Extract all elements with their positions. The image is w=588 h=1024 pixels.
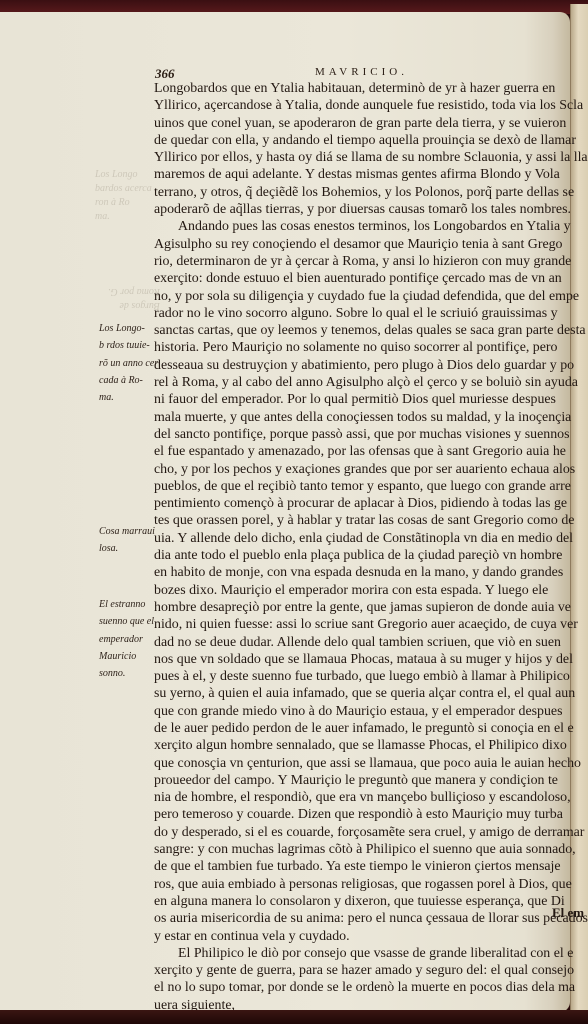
- text-line: El Philipico le diò por consejo que vsas…: [154, 945, 584, 962]
- text-line: tes que orassen porel, y à hablar y trat…: [154, 512, 584, 529]
- show-through-note: Burgos de Roma por G.: [108, 284, 160, 312]
- text-line: en alguna manera lo consolaron y dixeron…: [154, 893, 584, 910]
- text-line: xerçito y gente de guerra, para se hazer…: [154, 962, 584, 979]
- text-line: do y desperado, si el es couarde, forços…: [154, 824, 584, 841]
- text-line: Yllirico por ellos, y hasta oy diá se ll…: [154, 149, 584, 166]
- text-line: nido, ni quien fuesse: assi lo scriue sa…: [154, 616, 584, 633]
- text-line: de que el tambien fue turbado. Ya este t…: [154, 858, 584, 875]
- marginal-note-estranno-suenno: El estranno suenno que el emperador Maur…: [99, 596, 169, 682]
- text-line: historia. Pero Mauriçio no solamente no …: [154, 339, 584, 356]
- text-line: uinos que conel yuan, se apoderaron de g…: [154, 115, 584, 132]
- text-line: que conosçia vn çenturion, que assi se l…: [154, 755, 584, 772]
- catchword: El em: [552, 905, 584, 921]
- text-line: rel à Roma, y al cabo del anno Agisulpho…: [154, 374, 584, 391]
- text-line: del sancto pontifiçe, porque passò assi,…: [154, 426, 584, 443]
- text-line: apoderarõ de aq̃llas tierras, y por diue…: [154, 201, 584, 218]
- text-line: terrano, y otros, q̃ deçiẽdẽ los Bohemio…: [154, 184, 584, 201]
- text-line: proueedor del campo. Y Mauriçio le pregu…: [154, 772, 584, 789]
- text-line: de le auer pedido perdon de le auer infa…: [154, 720, 584, 737]
- marginal-note-cosa-marauillosa: Cosa marraui losa.: [99, 523, 169, 558]
- text-line: Yllirico, açercandose à Ytalia, donde au…: [154, 97, 584, 114]
- text-line: que con grande miedo vino à do Mauriçio …: [154, 703, 584, 720]
- text-line: maremos de aqui adelante. Y destas misma…: [154, 166, 584, 183]
- text-line: os auria misericordia de su anima: pero …: [154, 910, 584, 927]
- text-line: el fue espantado y amenazado, por las of…: [154, 443, 584, 460]
- text-line: en habito de monje, con vna espada desnu…: [154, 564, 584, 581]
- text-line: su yerno, à quien el auia infamado, que …: [154, 685, 584, 702]
- text-line: pentimiento començò à procurar de aplaca…: [154, 495, 584, 512]
- text-line: nia de hombre, el respondiò, que era vn …: [154, 789, 584, 806]
- text-line: Andando pues las cosas enestos terminos,…: [154, 218, 584, 235]
- text-line: exerçito: donde estuuo el bien auenturad…: [154, 270, 584, 287]
- text-line: cho, y por los pechos y exaçiones grande…: [154, 461, 584, 478]
- text-line: el no lo supo tomar, por donde se le ord…: [154, 979, 584, 996]
- text-line: no, y por sola su diligençia y cuydado f…: [154, 288, 584, 305]
- body-text: Longobardos que en Ytalia habitauan, det…: [154, 80, 584, 1014]
- text-line: pues à el, y deste suenno fue turbado, q…: [154, 668, 584, 685]
- text-line: pueblos, de que el reçibiò tanto temor y…: [154, 478, 584, 495]
- text-line: y estar en continua vela y cuydado.: [154, 928, 584, 945]
- text-line: hombre desapreçiò por entre la gente, qu…: [154, 599, 584, 616]
- text-line: rio, determinaron de yr à çercar à Roma,…: [154, 253, 584, 270]
- text-line: nos que vn soldado que se llamaua Phocas…: [154, 651, 584, 668]
- text-line: sanctas cartas, que oy leemos y tenemos,…: [154, 322, 584, 339]
- text-line: mala muerte, y que antes della conoçiess…: [154, 409, 584, 426]
- text-line: Longobardos que en Ytalia habitauan, det…: [154, 80, 584, 97]
- marginal-note-longobardos: Los Longo- b rdos tuuie- rõ un anno cer …: [99, 320, 169, 406]
- text-line: desseaua su destruyçion y abatimiento, p…: [154, 357, 584, 374]
- text-line: sangre: y con muchas lagrimas cõtò à Phi…: [154, 841, 584, 858]
- running-head: MAVRICIO.: [315, 66, 408, 78]
- text-line: Agisulpho su rey conoçiendo el desamor q…: [154, 236, 584, 253]
- text-line: dad no se deue dudar. Allende delo qual …: [154, 634, 584, 651]
- text-line: dia ante todo el pueblo enla plaça publi…: [154, 547, 584, 564]
- text-line: bozes dixo. Mauriçio el emperador morira…: [154, 582, 584, 599]
- text-line: ros, que auia embiado à personas religio…: [154, 876, 584, 893]
- text-line: xerçito algun hombre sennalado, que se l…: [154, 737, 584, 754]
- text-line: pero temeroso y couarde. Dizen que respo…: [154, 806, 584, 823]
- text-line: uia. Y allende delo dicho, enla çiudad d…: [154, 530, 584, 547]
- text-line: de quedar con ella, y andando el tiempo …: [154, 132, 584, 149]
- show-through-note: Los Longo bardos acerca ron à Ro ma.: [95, 168, 152, 224]
- book-cover-bottom-edge: [0, 1010, 588, 1024]
- text-line: rador no le vino socorro alguno. Sobre l…: [154, 305, 584, 322]
- text-line: ni fauor del emperador. Por lo qual perm…: [154, 391, 584, 408]
